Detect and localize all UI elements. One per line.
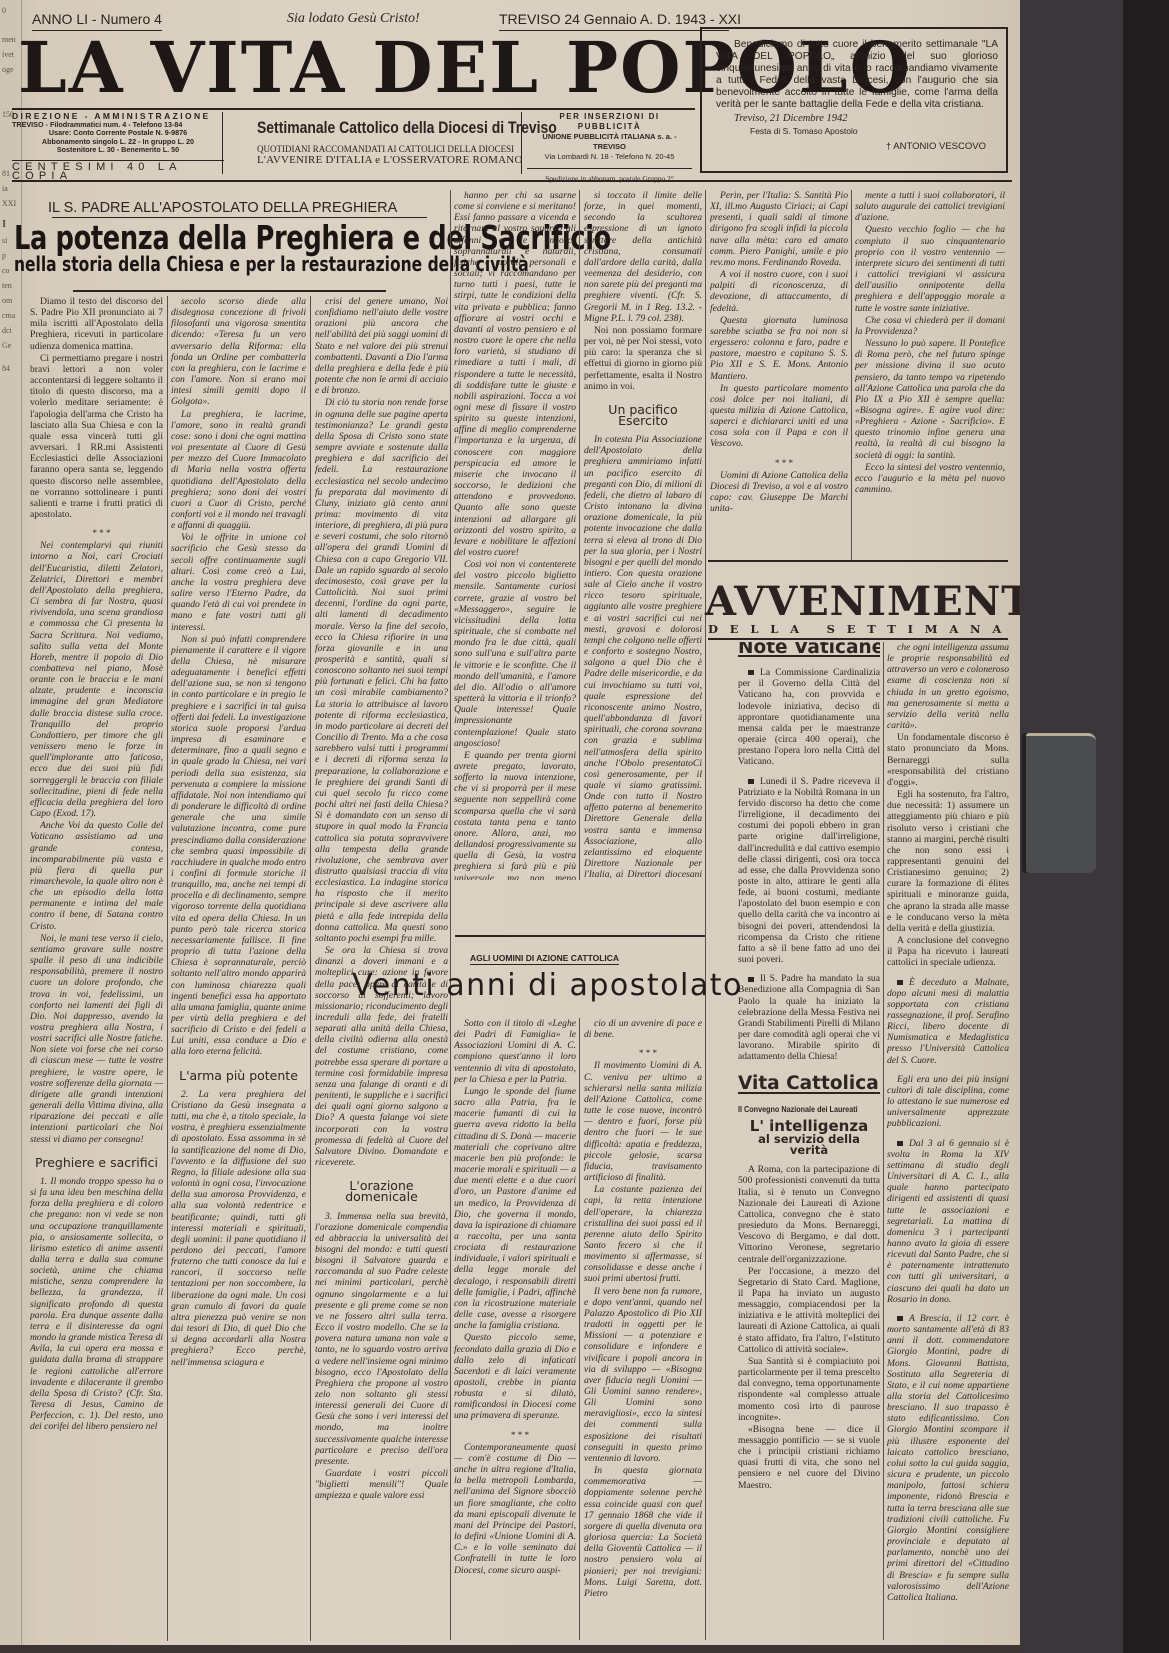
bullet-square-icon [748, 977, 754, 982]
headline-rule [73, 290, 386, 292]
scanner-background-edge [1123, 0, 1169, 1653]
section-title-orazione: L'orazione domenicale [315, 1180, 448, 1202]
venti-continuation-column-2: mente a tutti i suoi collaboratori, il s… [855, 190, 1005, 562]
venti-column-1: Sotto con il titolo di «Leghe dei Padri … [454, 1018, 576, 1640]
section-divider [455, 935, 705, 937]
column-rule [851, 190, 852, 562]
bullet-square-icon [897, 980, 903, 985]
column-rule [883, 642, 884, 1640]
lead-article-column-2: secolo scorso diede alla disdegnosa conc… [171, 296, 306, 1641]
vita-cattolica-title: Vita Cattolica [738, 1078, 880, 1093]
section-divider [708, 638, 1008, 640]
bullet-square-icon [748, 670, 754, 675]
masthead-title: LA VITA DEL POPOLO [18, 32, 691, 104]
motto: Sia lodato Gesù Cristo! [287, 11, 420, 27]
venti-kicker: AGLI UOMINI DI AZIONE CATTOLICA [470, 953, 619, 965]
column-rule [579, 190, 580, 880]
subtitle: Settimanale Cattolico della Diocesi di T… [257, 118, 473, 138]
bullet-square-icon [897, 1141, 903, 1146]
column-rule [310, 296, 311, 1641]
blessing-text: Benediciamo di tutto cuore il benemerito… [716, 39, 998, 111]
venti-column-2: cio di un avvenire di pace e di bene. * … [584, 1018, 702, 1640]
lead-article-column-4: hanno per chi sa usarne come si conviene… [454, 190, 576, 880]
section-divider [708, 560, 1008, 562]
bullet-square-icon [897, 1316, 903, 1321]
lead-article-column-5: si toccato il limite delle forze, in que… [584, 190, 702, 880]
column-rule [705, 190, 706, 1640]
copy-price: CENTESIMI 40 LA COPIA [12, 160, 224, 180]
masthead-rule [12, 108, 695, 110]
weekly-subtitle-box: Settimanale Cattolico della Diocesi di T… [222, 112, 522, 174]
bishop-signature: † ANTONIO VESCOVO [716, 141, 998, 153]
lead-article-column-1: Diamo il testo del discorso del S. Padre… [30, 296, 163, 1641]
bullet-square-icon [748, 779, 754, 784]
venti-continuation-column-1: Perin, per l'Italia: S. Santità Pio XI, … [710, 190, 848, 562]
column-rule [167, 296, 168, 1641]
binder-clip [1026, 733, 1096, 873]
column-rule [450, 190, 451, 1640]
newspaper-page: 0 men ivet oge 150 81 ia XXI I si p co t… [0, 0, 1020, 1653]
bishop-blessing-box: Benediciamo di tutto cuore il benemerito… [700, 27, 1008, 173]
avvenimenti-column-right: che ogni intelligenza assuma le proprie … [887, 642, 1009, 1640]
lead-kicker: IL S. PADRE ALL'APOSTOLATO DELLA PREGHIE… [48, 200, 308, 216]
convegno-label: Il Convegno Nazionale dei Laureati [738, 1104, 859, 1115]
lead-subheadline: nella storia della Chiesa e per la resta… [14, 252, 347, 276]
administration-info: DIREZIONE - AMMINISTRAZIONE TREVISO - Fi… [12, 112, 224, 174]
note-vaticane-title: Note Vaticane [738, 642, 880, 657]
avvenimenti-title: AVVENIMENTI [705, 582, 1020, 622]
page-bottom-edge [0, 1645, 1020, 1653]
avvenimenti-subtitle: DELLA SETTIMANA [708, 622, 1008, 636]
section-title-preghiere: Preghiere e sacrifici [30, 1157, 163, 1168]
avvenimenti-column-left: Note Vaticane La Commissione Cardinalizi… [738, 642, 880, 1640]
section-title-arma: L'arma più potente [171, 1070, 306, 1081]
column-rule [579, 1018, 580, 1640]
section-title-esercito: Un pacifico Esercito [584, 404, 702, 426]
venti-headline: Venti anni di apostolato [352, 968, 722, 1003]
advertising-info: PER INSERZIONI DI PUBBLICITÀ UNIONE PUBB… [527, 112, 692, 174]
header-bottom-rule [12, 180, 1012, 182]
